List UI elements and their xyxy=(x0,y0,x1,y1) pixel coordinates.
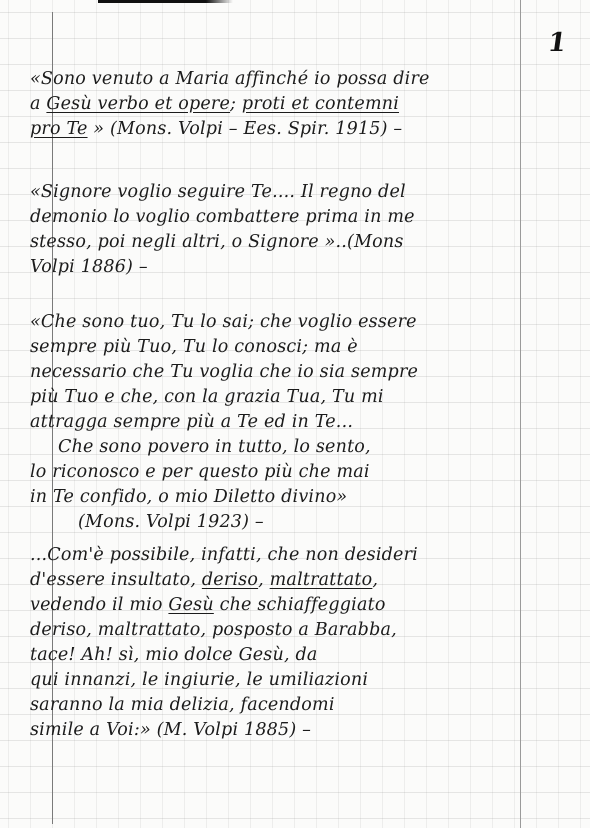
underlined-phrase: Gesù xyxy=(168,595,213,615)
passage-line: «Signore voglio seguire Te.... Il regno … xyxy=(30,180,560,205)
citation: simile a Voi:» (M. Volpi 1885) – xyxy=(30,718,560,743)
passage-line: deriso, maltrattato, posposto a Barabba, xyxy=(30,618,560,643)
citation: Volpi 1886) – xyxy=(30,255,560,280)
passage-line: sempre più Tuo, Tu lo conosci; ma è xyxy=(30,335,560,360)
passage-line: a Gesù verbo et opere; proti et contemni xyxy=(30,92,560,117)
passage-line: attragga sempre più a Te ed in Te... xyxy=(30,410,560,435)
passage-line: vedendo il mio Gesù che schiaffeggiato xyxy=(30,593,560,618)
citation: (Mons. Volpi 1923) – xyxy=(30,510,560,535)
passage-line: qui innanzi, le ingiurie, le umiliazioni xyxy=(30,668,560,693)
notebook-page: 1 «Sono venuto a Maria affinché io possa… xyxy=(0,0,590,828)
page-number: 1 xyxy=(546,28,568,58)
passage-line: in Te confido, o mio Diletto divino» xyxy=(30,485,560,510)
passage-line: Che sono povero in tutto, lo sento, xyxy=(30,435,560,460)
passage-line: saranno la mia delizia, facendomi xyxy=(30,693,560,718)
underlined-phrase: Gesù verbo et opere xyxy=(46,94,230,114)
passage-line: d'essere insultato, deriso, maltrattato, xyxy=(30,568,560,593)
passage-2: «Signore voglio seguire Te.... Il regno … xyxy=(30,180,560,280)
passage-line: «Che sono tuo, Tu lo sai; che voglio ess… xyxy=(30,310,560,335)
scan-edge-strip xyxy=(98,0,233,3)
passage-4: ...Com'è possibile, infatti, che non des… xyxy=(30,543,560,743)
underlined-phrase: deriso xyxy=(202,570,258,590)
passage-line: demonio lo voglio combattere prima in me xyxy=(30,205,560,230)
passage-3: «Che sono tuo, Tu lo sai; che voglio ess… xyxy=(30,310,560,535)
citation: » (Mons. Volpi – Ees. Spir. 1915) – xyxy=(88,119,403,139)
passage-line: pro Te » (Mons. Volpi – Ees. Spir. 1915)… xyxy=(30,117,560,142)
passage-line: «Sono venuto a Maria affinché io possa d… xyxy=(30,67,560,92)
passage-line: ...Com'è possibile, infatti, che non des… xyxy=(30,543,560,568)
underlined-phrase: maltrattato xyxy=(270,570,373,590)
passage-line: stesso, poi negli altri, o Signore »..(M… xyxy=(30,230,560,255)
passage-line: tace! Ah! sì, mio dolce Gesù, da xyxy=(30,643,560,668)
passage-line: necessario che Tu voglia che io sia semp… xyxy=(30,360,560,385)
underlined-phrase: proti et contemni xyxy=(242,94,399,114)
passage-line: lo riconosco e per questo più che mai xyxy=(30,460,560,485)
underlined-phrase: pro Te xyxy=(30,119,88,139)
passage-1: «Sono venuto a Maria affinché io possa d… xyxy=(30,67,560,142)
passage-line: più Tuo e che, con la grazia Tua, Tu mi xyxy=(30,385,560,410)
